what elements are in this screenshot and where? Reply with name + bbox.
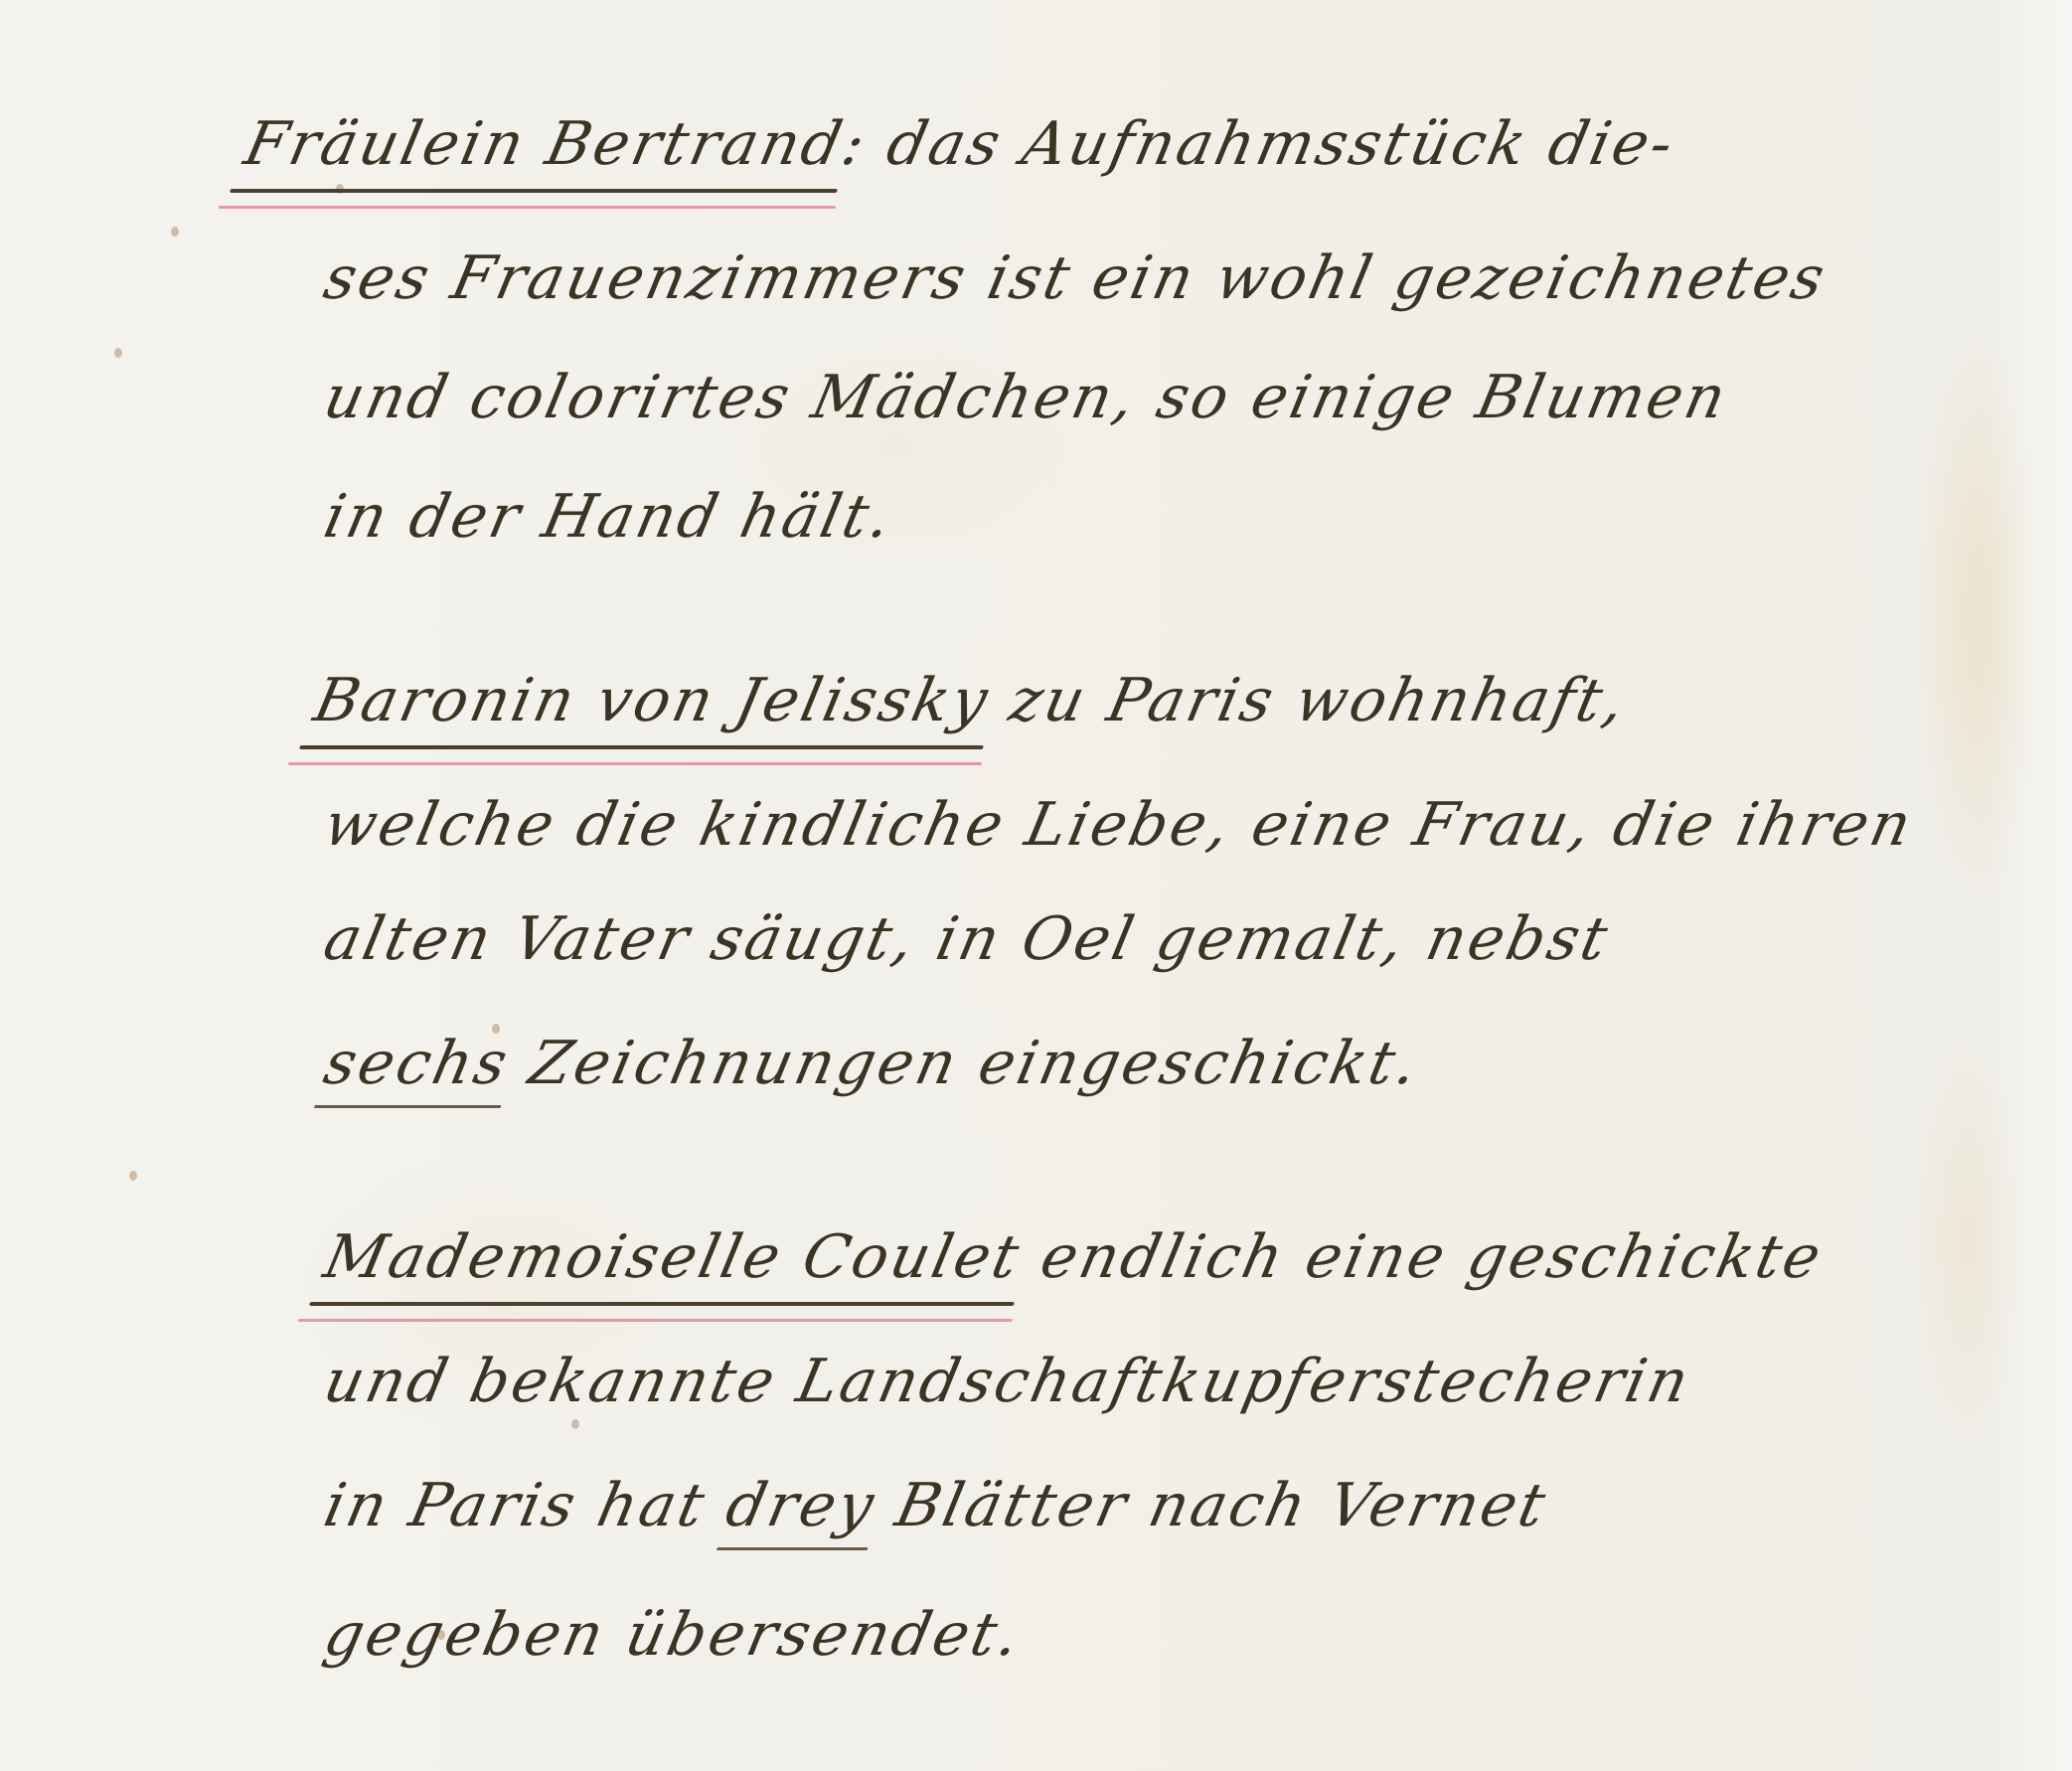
entry-2-line-4: sechs Zeichnungen eingeschickt. bbox=[318, 1029, 1426, 1098]
entry-name-coulet: Mademoiselle Coulet bbox=[318, 1222, 1028, 1292]
entry-1-line-3: und colorirtes Mädchen, so einige Blumen bbox=[318, 363, 1734, 432]
entry-2-line-2: welche die kindliche Liebe, eine Frau, d… bbox=[318, 790, 1920, 860]
underlined-word-sechs: sechs bbox=[318, 1029, 516, 1098]
paper-stain bbox=[571, 1419, 579, 1429]
entry-2-line-1: Baronin von Jelissky zu Paris wohnhaft, bbox=[308, 666, 1634, 735]
entry-3-line-3: in Paris hat drey Blätter nach Vernet bbox=[318, 1471, 1554, 1540]
paper-stain bbox=[171, 227, 179, 237]
entry-1-line-2: ses Frauenzimmers ist ein wohl gezeichne… bbox=[318, 243, 1833, 313]
entry-name-bertrand: Fräulein Bertrand bbox=[239, 109, 851, 179]
entry-name-jelissky: Baronin von Jelissky bbox=[308, 666, 997, 735]
entry-3-line-1: Mademoiselle Coulet endlich eine geschic… bbox=[318, 1222, 1830, 1292]
entry-2-line-3: alten Vater säugt, in Oel gemalt, nebst bbox=[318, 904, 1616, 974]
paper-stain bbox=[129, 1171, 137, 1181]
manuscript-page: Fräulein Bertrand: das Aufnahmsstück die… bbox=[0, 0, 2072, 1771]
entry-1-line-4: in der Hand hält. bbox=[318, 482, 899, 552]
underlined-word-drey: drey bbox=[720, 1471, 882, 1540]
entry-3-line-2: und bekannte Landschaftkupferstecherin bbox=[318, 1347, 1697, 1416]
entry-1-line-1: Fräulein Bertrand: das Aufnahmsstück die… bbox=[239, 109, 1681, 179]
paper-stain bbox=[114, 348, 122, 358]
entry-3-line-4: gegeben übersendet. bbox=[318, 1600, 1029, 1670]
